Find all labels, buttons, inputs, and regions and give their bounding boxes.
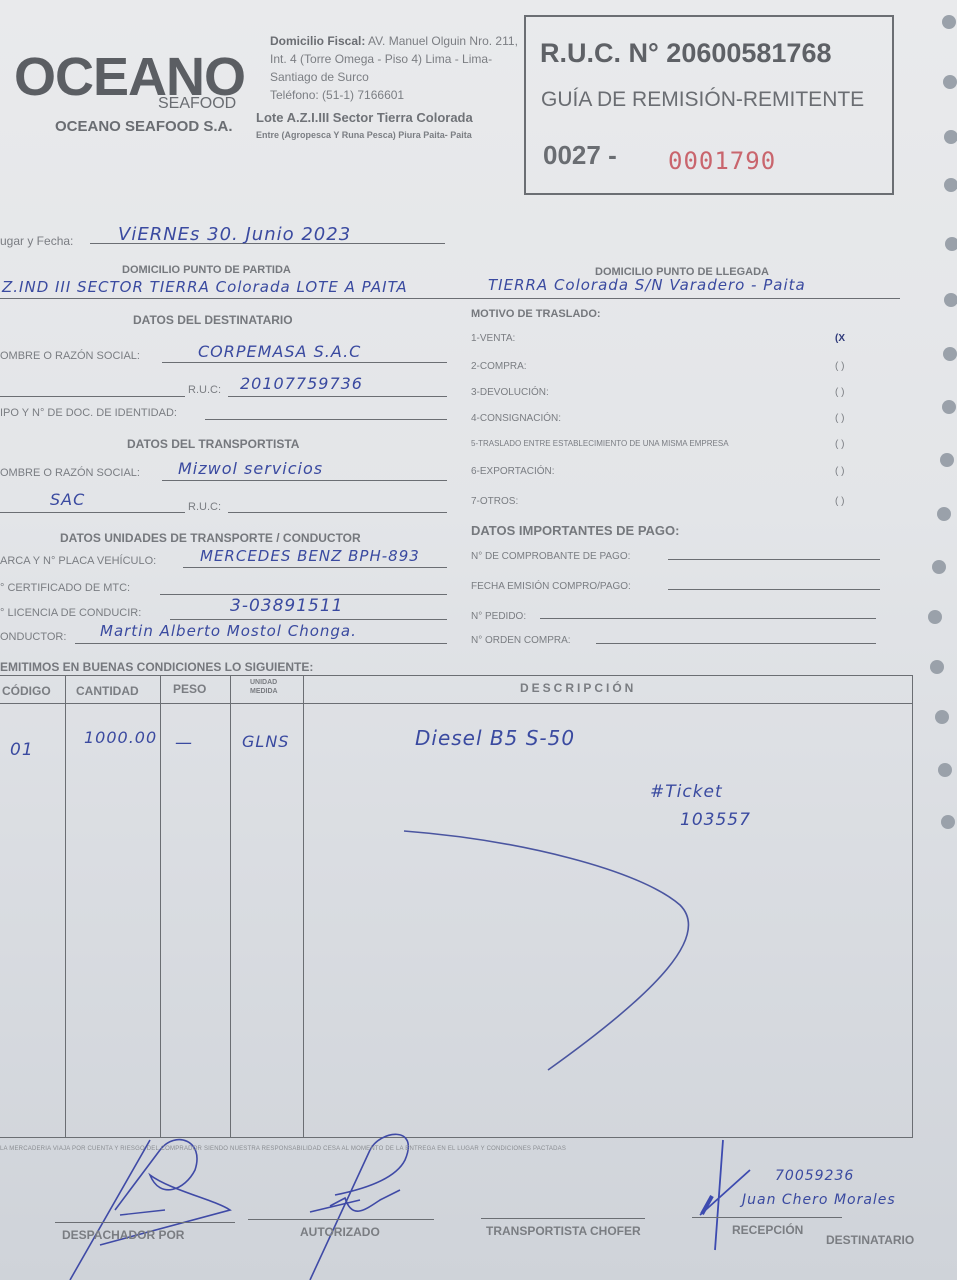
recepcion-label: RECEPCIÓN <box>732 1223 803 1237</box>
despachado-label: DESPACHADOR POR <box>62 1228 184 1242</box>
destinatario-label: DESTINATARIO <box>826 1233 914 1247</box>
chofer-label: TRANSPORTISTA CHOFER <box>486 1224 641 1238</box>
receptor-nombre: Juan Chero Morales <box>742 1192 896 1208</box>
autorizado-label: AUTORIZADO <box>300 1225 380 1239</box>
footer-disclaimer: LA MERCADERIA VIAJA POR CUENTA Y RIESGO … <box>0 1146 566 1152</box>
remission-guide-document: OCEANO SEAFOOD OCEANO SEAFOOD S.A. Domic… <box>0 0 957 1280</box>
handwritten-strokes <box>0 0 957 1280</box>
receptor-dni: 70059236 <box>775 1168 854 1184</box>
